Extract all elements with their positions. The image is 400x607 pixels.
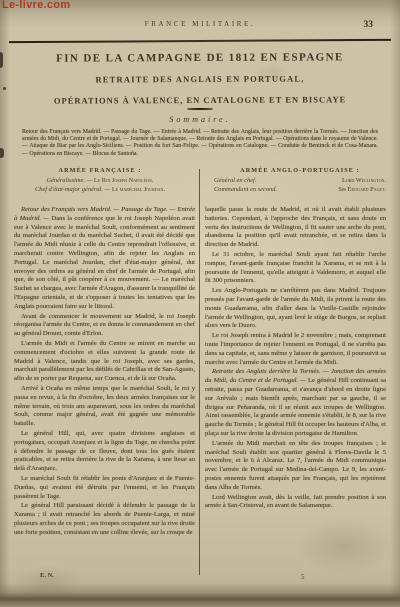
header-rule — [9, 39, 391, 43]
roster-label: Généralissime. — — [46, 177, 92, 184]
paragraph-text: Dans la conférence que le roi Joseph Nap… — [14, 215, 195, 310]
scanned-book-page: Le-livre.com FRANCE MILITAIRE. 33 FIN DE… — [0, 0, 400, 607]
page-title: FIN DE LA CAMPAGNE DE 1812 EN ESPAGNE — [0, 51, 400, 65]
paragraph-text: Lord Wellington avait, dès la veille, fa… — [205, 494, 386, 510]
paragraph-text: Le général Hill continuant sa retraite, … — [205, 377, 386, 437]
paragraph: L'armée du Midi et l'armée du Centre se … — [14, 340, 195, 384]
roster-label: Chef d'état-major général. — — [35, 186, 110, 193]
running-head: FRANCE MILITAIRE. — [0, 20, 400, 28]
paragraph-text: Le 31 octobre, le maréchal Soult ayant f… — [205, 251, 386, 284]
paragraph-text: Le roi Joseph rentra à Madrid le 2 novem… — [205, 332, 386, 365]
paragraph-text: Arrivé à Ocaña en même temps que le maré… — [14, 385, 195, 427]
french-army-roster: ARMÉE FRANÇAISE : Généralissime. — Le Ro… — [14, 167, 200, 194]
paragraph-text: Le général Hill, qui, avec quatre divisi… — [14, 430, 195, 472]
decorative-rule — [187, 108, 213, 110]
paragraph-text: Le général Hill paraissant décidé à défe… — [14, 502, 195, 535]
roster-row: Général en chef. Lord Wellington. — [214, 177, 386, 186]
paragraph: L'armée du Midi marchait en tête des tro… — [205, 440, 386, 493]
ink-speck — [0, 148, 4, 158]
paragraph: Le 31 octobre, le maréchal Soult ayant f… — [205, 251, 386, 286]
roster-row: Commandant en second. Sir Édouard Paget. — [214, 186, 386, 195]
paragraph: laquelle passe la route de Madrid, et où… — [205, 206, 386, 250]
seller-watermark: Le-livre.com — [2, 0, 70, 11]
paragraph: Avant de commencer le mouvement sur Madr… — [14, 313, 195, 339]
sommaire-heading: Sommaire. — [0, 115, 400, 124]
paragraph: Le général Hill paraissant décidé à défe… — [14, 502, 195, 537]
page-subtitle-1: RETRAITE DES ANGLAIS EN PORTUGAL, — [0, 73, 400, 85]
page-number: 33 — [364, 20, 374, 30]
anglo-portuguese-army-roster: ARMÉE ANGLO-PORTUGAISE : Général en chef… — [200, 167, 386, 194]
page-subtitle-2: OPÉRATIONS À VALENCE, EN CATALOGNE ET EN… — [0, 94, 400, 106]
paragraph-text: Les Anglo-Portugais ne s'arrêtèrent pas … — [205, 287, 386, 329]
paragraph: Le maréchal Soult fit rétablir les ponts… — [14, 475, 195, 501]
army-rosters: ARMÉE FRANÇAISE : Généralissime. — Le Ro… — [14, 167, 386, 194]
paragraph-text: L'armée du Midi et l'armée du Centre se … — [14, 340, 195, 382]
paragraph: Retour des Français vers Madrid. — Passa… — [14, 206, 195, 312]
sommaire-text: Retour des Français vers Madrid. — Passa… — [22, 129, 378, 158]
roster-label: Général en chef. — [214, 177, 256, 186]
paragraph: Retraite des Anglais derrière la Tormès.… — [205, 368, 386, 438]
signature-mark-number: 5 — [301, 573, 305, 581]
roster-value: Le maréchal Jourdan. — [112, 186, 165, 193]
roster-value: Lord Wellington. — [342, 177, 386, 186]
paragraph: Les Anglo-Portugais ne s'arrêtèrent pas … — [205, 287, 386, 331]
title-block: FIN DE LA CAMPAGNE DE 1812 EN ESPAGNE RE… — [0, 51, 400, 106]
paragraph-text: laquelle passe la route de Madrid, et où… — [205, 206, 386, 248]
left-column: Retour des Français vers Madrid. — Passa… — [14, 206, 195, 574]
roster-row: Généralissime. — Le Roi Joseph Napoléon. — [14, 177, 186, 186]
paragraph: Lord Wellington avait, dès la veille, fa… — [205, 494, 386, 512]
signature-mark-left: E. N. — [40, 572, 54, 579]
paragraph-text: Avant de commencer le mouvement sur Madr… — [14, 313, 195, 338]
page-bottom-edge — [0, 583, 400, 607]
french-army-title: ARMÉE FRANÇAISE : — [14, 167, 186, 174]
roster-value: Sir Édouard Paget. — [338, 186, 386, 195]
right-column: laquelle passe la route de Madrid, et où… — [205, 206, 386, 574]
paragraph-text: L'armée du Midi marchait en tête des tro… — [205, 440, 386, 491]
paragraph: Le roi Joseph rentra à Madrid le 2 novem… — [205, 332, 386, 367]
roster-value: Le Roi Joseph Napoléon. — [94, 177, 154, 184]
paragraph-text: Le maréchal Soult fit rétablir les ponts… — [14, 475, 195, 500]
roster-label: Commandant en second. — [214, 186, 277, 195]
paragraph: Arrivé à Ocaña en même temps que le maré… — [14, 385, 195, 429]
body-text: Retour des Français vers Madrid. — Passa… — [14, 206, 386, 574]
anglo-army-title: ARMÉE ANGLO-PORTUGAISE : — [214, 167, 386, 174]
roster-row: Chef d'état-major général. — Le maréchal… — [14, 186, 186, 195]
paragraph: Le général Hill, qui, avec quatre divisi… — [14, 430, 195, 474]
